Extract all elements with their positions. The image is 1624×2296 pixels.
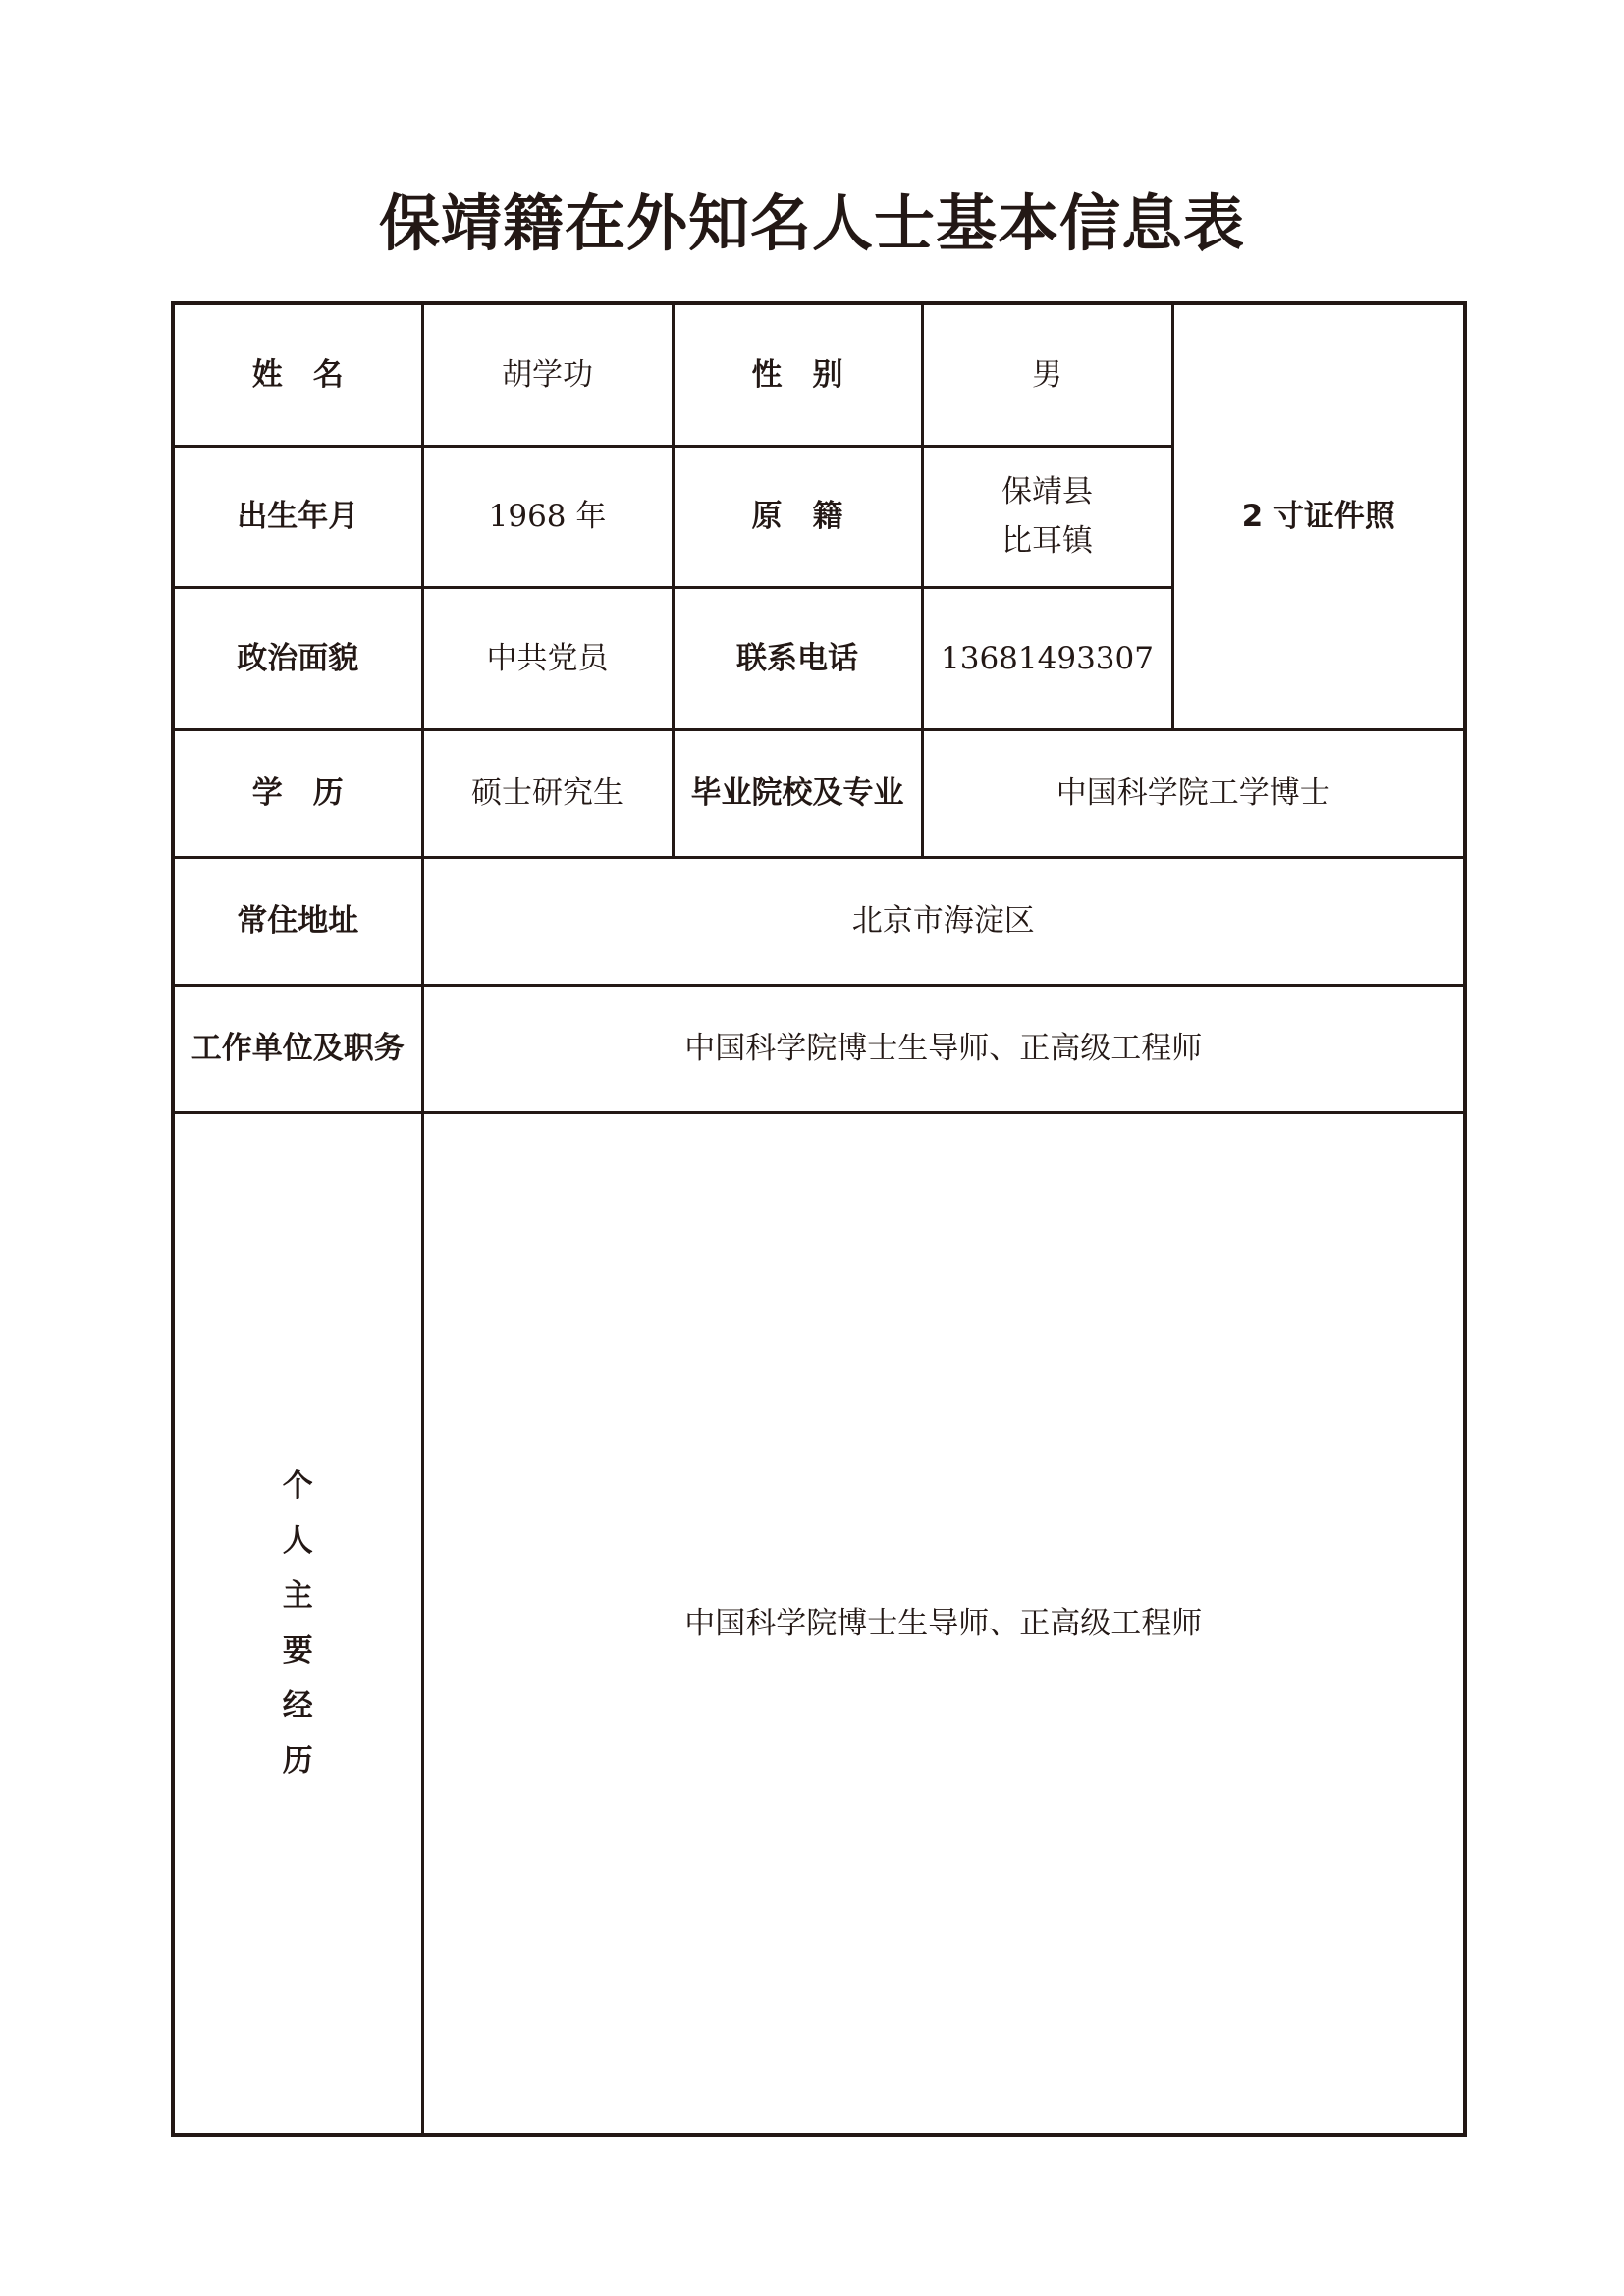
political-status-value[interactable]: 中共党员 [422,587,673,729]
origin-town: 比耳镇 [924,516,1171,565]
name-label: 姓 名 [173,303,422,446]
row-name-gender: 姓 名 胡学功 性 别 男 2 寸证件照 [173,303,1465,446]
education-label: 学 历 [173,729,422,857]
experience-label-vertical: 个 人 主 要 经 历 [278,1459,317,1789]
employer-position-value[interactable]: 中国科学院博士生导师、正高级工程师 [422,985,1465,1112]
origin-value[interactable]: 保靖县 比耳镇 [922,446,1172,587]
origin-label: 原 籍 [673,446,922,587]
phone-value[interactable]: 13681493307 [922,587,1172,729]
row-employer: 工作单位及职务 中国科学院博士生导师、正高级工程师 [173,985,1465,1112]
school-major-label: 毕业院校及专业 [673,729,922,857]
name-value[interactable]: 胡学功 [422,303,673,446]
address-value[interactable]: 北京市海淀区 [422,857,1465,985]
birth-label: 出生年月 [173,446,422,587]
gender-value[interactable]: 男 [922,303,1172,446]
row-education: 学 历 硕士研究生 毕业院校及专业 中国科学院工学博士 [173,729,1465,857]
origin-county: 保靖县 [924,467,1171,516]
document-title: 保靖籍在外知名人士基本信息表 [0,185,1624,263]
info-form-table: 姓 名 胡学功 性 别 男 2 寸证件照 出生年月 1968 年 原 籍 保靖县… [171,301,1467,2137]
experience-value[interactable]: 中国科学院博士生导师、正高级工程师 [422,1112,1465,2135]
experience-label: 个 人 主 要 经 历 [173,1112,422,2135]
school-major-value[interactable]: 中国科学院工学博士 [922,729,1465,857]
birth-value[interactable]: 1968 年 [422,446,673,587]
address-label: 常住地址 [173,857,422,985]
photo-placeholder: 2 寸证件照 [1172,303,1465,729]
education-value[interactable]: 硕士研究生 [422,729,673,857]
employer-position-label: 工作单位及职务 [173,985,422,1112]
phone-label: 联系电话 [673,587,922,729]
row-experience: 个 人 主 要 经 历 中国科学院博士生导师、正高级工程师 [173,1112,1465,2135]
political-status-label: 政治面貌 [173,587,422,729]
gender-label: 性 别 [673,303,922,446]
row-address: 常住地址 北京市海淀区 [173,857,1465,985]
